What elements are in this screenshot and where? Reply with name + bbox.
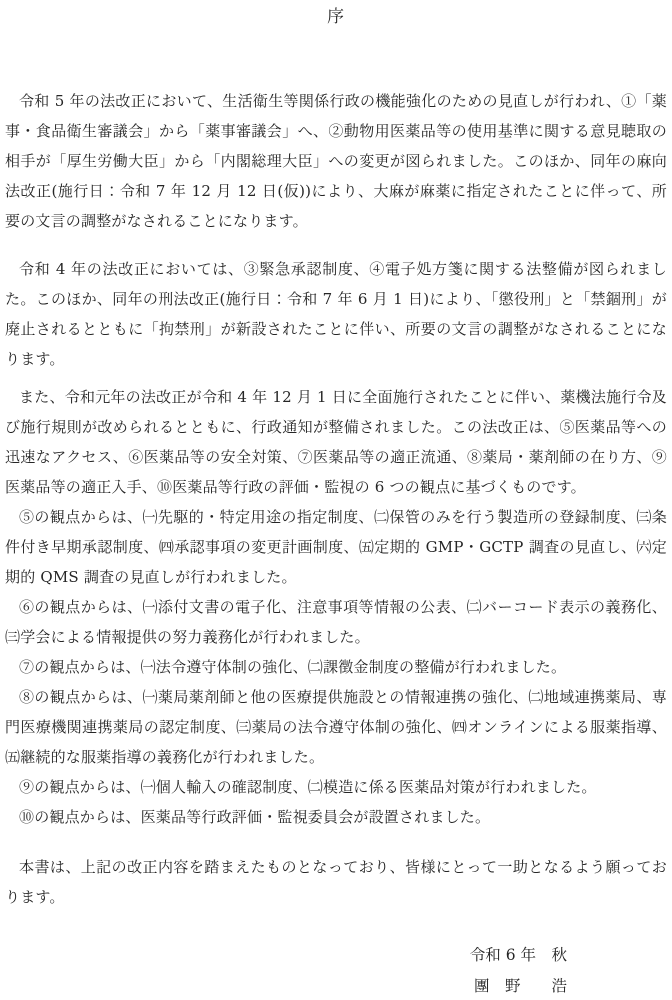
paragraph-viewpoint-9: ⑨の観点からは、㈠個人輸入の確認制度、㈡模造に係る医薬品対策が行われました。 [5, 772, 667, 802]
paragraph-viewpoint-10: ⑩の観点からは、医薬品等行政評価・監視委員会が設置されました。 [5, 802, 667, 832]
signature-date: 令和 6 年 秋 [5, 940, 567, 971]
paragraph-viewpoint-5: ⑤の観点からは、㈠先駆的・特定用途の指定制度、㈡保管のみを行う製造所の登録制度、… [5, 502, 667, 592]
paragraph-reiwa1-amendment: また、令和元年の法改正が令和 4 年 12 月 1 日に全面施行されたことに伴い… [5, 382, 667, 502]
page-title: 序 [5, 4, 667, 30]
paragraph-reiwa4-amendment: 令和 4 年の法改正においては、③緊急承認制度、④電子処方箋に関する法整備が図ら… [5, 254, 667, 374]
signature-author: 團 野 浩 [5, 971, 567, 1000]
paragraph-viewpoint-6: ⑥の観点からは、㈠添付文書の電子化、注意事項等情報の公表、㈡バーコード表示の義務… [5, 592, 667, 652]
preface-page: 序 令和 5 年の法改正において、生活衛生等関係行政の機能強化のための見直しが行… [0, 0, 672, 1000]
paragraph-viewpoint-7: ⑦の観点からは、㈠法令遵守体制の強化、㈡課徴金制度の整備が行われました。 [5, 652, 667, 682]
signature-block: 令和 6 年 秋 團 野 浩 [5, 940, 667, 1000]
paragraph-reiwa5-amendment: 令和 5 年の法改正において、生活衛生等関係行政の機能強化のための見直しが行われ… [5, 86, 667, 236]
paragraph-closing: 本書は、上記の改正内容を踏まえたものとなっており、皆様にとって一助となるよう願っ… [5, 852, 667, 912]
paragraph-viewpoint-8: ⑧の観点からは、㈠薬局薬剤師と他の医療提供施設との情報連携の強化、㈡地域連携薬局… [5, 682, 667, 772]
